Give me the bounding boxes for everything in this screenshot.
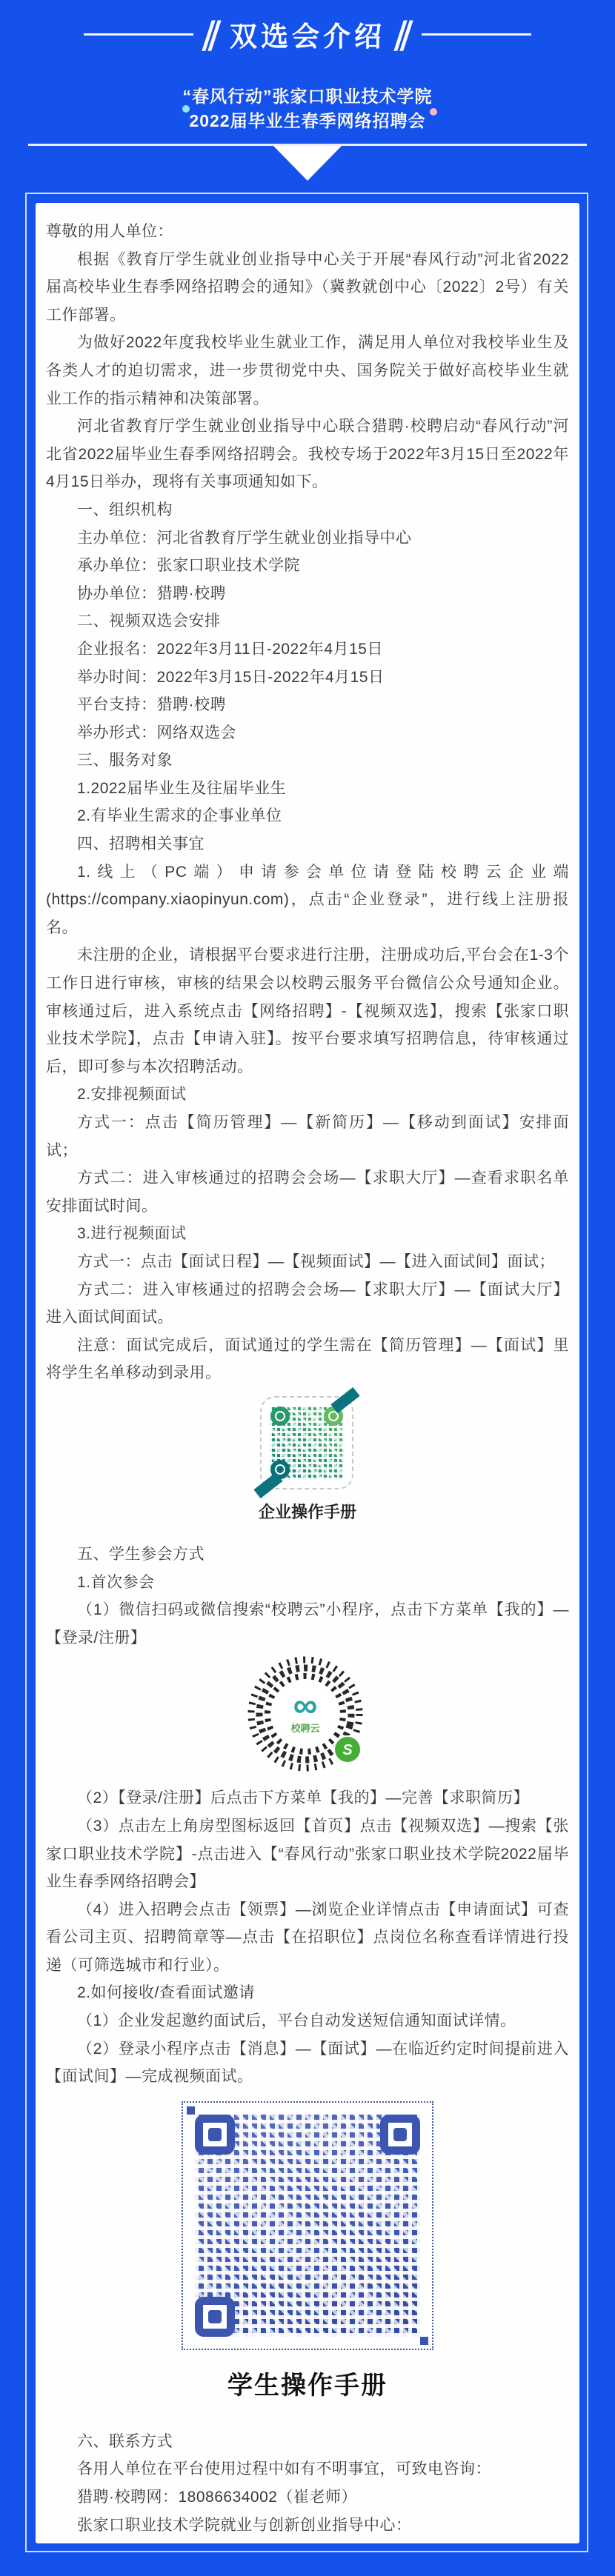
section-heading: 四、招聘相关事宜 bbox=[46, 830, 569, 858]
body-paragraph: （3）点击左上角房型图标返回【首页】点击【视频双选】—搜索【张家口职业技术学院】… bbox=[46, 1812, 569, 1896]
body-paragraph: 1.2022届毕业生及往届毕业生 bbox=[46, 775, 569, 803]
qr-finder-icon bbox=[380, 2115, 420, 2155]
page-title: 双选会介绍 bbox=[230, 14, 385, 54]
body-paragraph: （4）进入招聘会点击【领票】—浏览企业详情点击【申请面试】可查看公司主页、招聘简… bbox=[46, 1896, 569, 1980]
double-slash-left-icon: ∥ bbox=[199, 19, 225, 50]
contact-phone: 猎聘·校聘网：18086634002（崔老师） bbox=[46, 2483, 569, 2512]
miniprogram-logo-icon: ∞ bbox=[293, 1686, 318, 1724]
qr-finder-icon bbox=[195, 2297, 235, 2337]
body-paragraph: 平台支持：猎聘·校聘 bbox=[46, 691, 569, 719]
body-paragraph: 河北省教育厅学生就业创业指导中心联合猎聘·校聘启动“春风行动”河北省2022届毕… bbox=[46, 413, 569, 496]
section-heading: 三、服务对象 bbox=[46, 747, 569, 775]
contact-section: 六、联系方式 各用人单位在平台使用过程中如有不明事宜，可致电咨询： 猎聘·校聘网… bbox=[46, 2428, 569, 2543]
miniprogram-code-icon: ∞ 校聘云 S bbox=[245, 1655, 370, 1781]
student-section: 五、学生参会方式 1.首次参会 （1）微信扫码或微信搜索“校聘云”小程序，点击下… bbox=[46, 1541, 569, 1652]
miniprogram-logo-text: 校聘云 bbox=[290, 1723, 319, 1734]
body-paragraph: 3.进行视频面试 bbox=[46, 1220, 569, 1248]
section-heading: 五、学生参会方式 bbox=[46, 1541, 569, 1569]
enterprise-qr-block bbox=[260, 1396, 355, 1489]
down-triangle-icon bbox=[273, 146, 342, 181]
body-paragraph: 承办单位：张家口职业技术学院 bbox=[46, 552, 569, 580]
miniprogram-code: ∞ 校聘云 S bbox=[245, 1655, 370, 1784]
section-heading: 一、组织机构 bbox=[46, 496, 569, 524]
body-paragraph: 2.安排视频面试 bbox=[46, 1081, 569, 1109]
body-paragraph: 张家口职业技术学院就业与创新创业指导中心： bbox=[46, 2512, 569, 2540]
subtitle-line-1: “春风行动”张家口职业技术学院 bbox=[0, 84, 615, 109]
corner-tape-icon bbox=[330, 1387, 359, 1413]
body-paragraph: 1.首次参会 bbox=[46, 1569, 569, 1597]
student-qr-code bbox=[182, 2101, 433, 2350]
body-paragraph: 企业报名：2022年3月11日-2022年4月15日 bbox=[46, 635, 569, 664]
body-paragraph: 方式一：点击【简历管理】—【新简历】—【移动到面试】安排面试； bbox=[46, 1109, 569, 1164]
student-qr-caption: 学生操作手册 bbox=[46, 2365, 569, 2401]
qr-corner-square-icon bbox=[420, 2337, 428, 2345]
qr-finder-icon bbox=[270, 1407, 290, 1426]
content-card: 尊敬的用人单位： 根据《教育厅学生就业创业指导中心关于开展“春风行动”河北省20… bbox=[36, 203, 579, 2543]
contact-phone: 0313-4015282(张老师) bbox=[46, 2539, 569, 2543]
body-paragraph: 未注册的企业，请根据平台要求进行注册，注册成功后,平台会在1-3个工作日进行审核… bbox=[46, 941, 569, 1081]
body-paragraph: 协办单位：猎聘·校聘 bbox=[46, 580, 569, 608]
cyan-dot-decor bbox=[182, 105, 190, 113]
body-paragraph: 为做好2022年度我校毕业生就业工作，满足用人单位对我校毕业生及各类人才的迫切需… bbox=[46, 329, 569, 413]
body-paragraph: 根据《教育厅学生就业创业指导中心关于开展“春风行动”河北省2022届高校毕业生春… bbox=[46, 246, 569, 330]
enterprise-qr-code bbox=[260, 1396, 353, 1489]
body-paragraph: 方式二：进入审核通过的招聘会会场—【求职大厅】—【面试大厅】进入面试间面试。 bbox=[46, 1276, 569, 1332]
body-paragraph: （1）微信扫码或微信搜索“校聘云”小程序，点击下方菜单【我的】—【登录/注册】 bbox=[46, 1596, 569, 1652]
header: ∥ 双选会介绍 ∥ bbox=[0, 12, 615, 56]
body-paragraph: 方式一：点击【面试日程】—【视频面试】—【进入面试间】面试； bbox=[46, 1248, 569, 1276]
body-paragraph: 1.线上（PC端）申请参会单位请登陆校聘云企业端(https://company… bbox=[46, 858, 569, 942]
poster-page: ∥ 双选会介绍 ∥ “春风行动”张家口职业技术学院 2022届毕业生春季网络招聘… bbox=[0, 0, 615, 2576]
body-paragraph: （2）【登录/注册】后点击下方菜单【我的】—完善【求职简历】 bbox=[46, 1784, 569, 1812]
body-paragraph: 举办时间：2022年3月15日-2022年4月15日 bbox=[46, 664, 569, 692]
body-paragraph: 各用人单位在平台使用过程中如有不明事宜，可致电咨询： bbox=[46, 2455, 569, 2483]
event-subtitle: “春风行动”张家口职业技术学院 2022届毕业生春季网络招聘会 bbox=[0, 84, 615, 133]
title-line-right bbox=[422, 33, 531, 36]
enterprise-qr-caption: 企业操作手册 bbox=[46, 1500, 569, 1523]
pink-dot-decor bbox=[430, 108, 437, 116]
body-paragraph: 举办形式：网络双选会 bbox=[46, 719, 569, 747]
body-paragraph: 2.有毕业生需求的企事业单位 bbox=[46, 802, 569, 830]
wechat-badge-letter: S bbox=[342, 1742, 353, 1758]
body-paragraph: （1）企业发起邀约面试后，平台自动发送短信通知面试详情。 bbox=[46, 2007, 569, 2035]
body-paragraph: 注意：面试完成后，面试通过的学生需在【简历管理】—【面试】里将学生名单移动到录用… bbox=[46, 1332, 569, 1387]
qr-corner-square-icon bbox=[187, 2106, 195, 2115]
body-paragraph: 主办单位：河北省教育厅学生就业创业指导中心 bbox=[46, 524, 569, 553]
section-heading: 二、视频双选会安排 bbox=[46, 607, 569, 635]
body-paragraph: 方式二：进入审核通过的招聘会会场—【求职大厅】—查看求职名单安排面试时间。 bbox=[46, 1164, 569, 1220]
double-slash-right-icon: ∥ bbox=[390, 19, 416, 50]
body-paragraph: 2.如何接收/查看面试邀请 bbox=[46, 1979, 569, 2007]
body-paragraph: （2）登录小程序点击【消息】—【面试】—在临近约定时间提前进入【面试间】—完成视… bbox=[46, 2035, 569, 2091]
qr-pattern bbox=[195, 2115, 420, 2337]
section-heading: 六、联系方式 bbox=[46, 2428, 569, 2456]
corner-tape-icon bbox=[253, 1472, 282, 1498]
qr-finder-icon bbox=[195, 2115, 235, 2155]
title-line-left bbox=[84, 33, 193, 36]
greeting-line: 尊敬的用人单位： bbox=[46, 218, 569, 246]
subtitle-line-2: 2022届毕业生春季网络招聘会 bbox=[0, 109, 615, 133]
